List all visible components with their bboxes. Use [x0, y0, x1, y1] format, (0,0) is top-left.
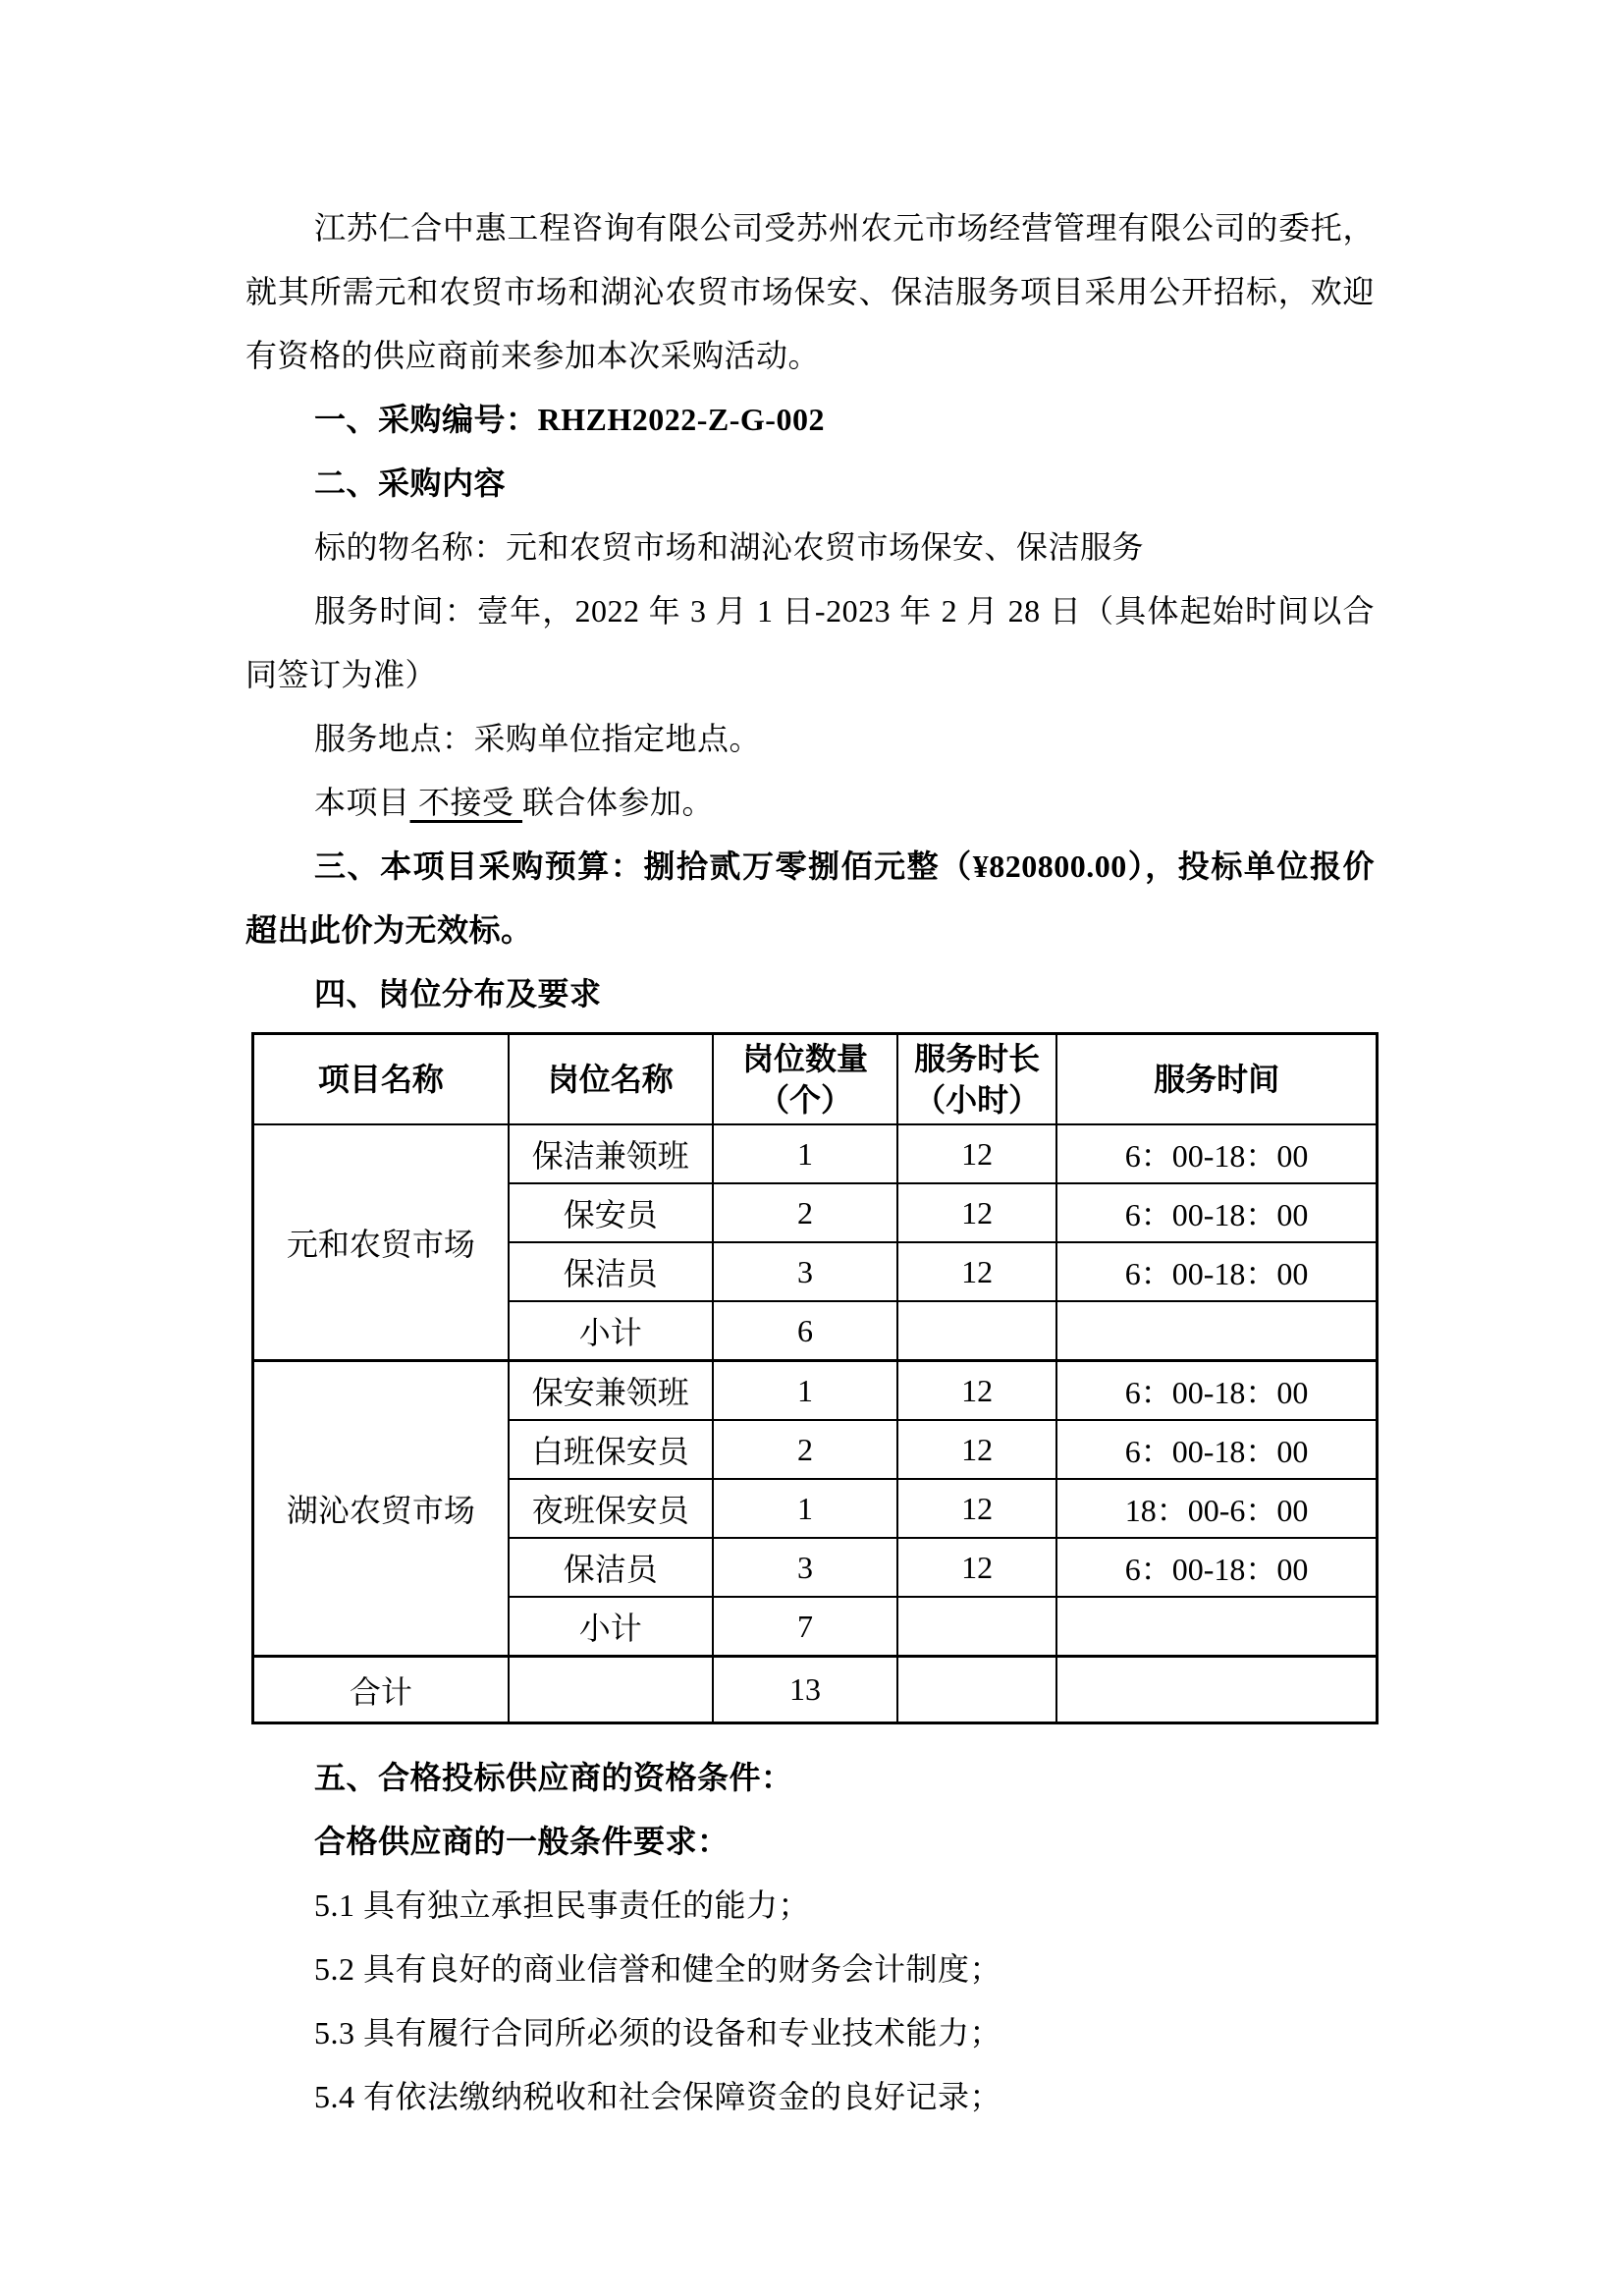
joint-venture-line: 本项目 不接受 联合体参加。: [245, 771, 1375, 835]
table-row: 湖沁农贸市场 保安兼领班 1 12 6：00-18：00: [253, 1361, 1378, 1421]
post-cell: 夜班保安员: [509, 1479, 713, 1538]
hours-cell: [897, 1301, 1056, 1361]
count-cell: 2: [713, 1183, 897, 1242]
table-row: 元和农贸市场 保洁兼领班 1 12 6：00-18：00: [253, 1124, 1378, 1183]
hours-cell: 12: [897, 1183, 1056, 1242]
time-cell: 18：00-6：00: [1056, 1479, 1377, 1538]
time-cell: 6：00-18：00: [1056, 1124, 1377, 1183]
count-cell: 3: [713, 1538, 897, 1597]
hours-cell: [897, 1597, 1056, 1657]
intro-paragraph: 江苏仁合中惠工程咨询有限公司受苏州农元市场经营管理有限公司的委托，就其所需元和农…: [245, 196, 1375, 388]
hours-cell: 12: [897, 1242, 1056, 1301]
section-2-heading: 二、采购内容: [245, 452, 1375, 516]
joint-not-accepted-underlined: 不接受: [410, 785, 523, 820]
post-cell: 保安员: [509, 1183, 713, 1242]
table-total-row: 合计 13: [253, 1657, 1378, 1723]
header-project-name: 项目名称: [253, 1034, 509, 1125]
time-cell: 6：00-18：00: [1056, 1183, 1377, 1242]
project-cell-huqin: 湖沁农贸市场: [253, 1361, 509, 1657]
total-time-cell: [1056, 1657, 1377, 1723]
condition-item-5-4: 5.4 有依法缴纳税收和社会保障资金的良好记录；: [245, 2065, 1375, 2129]
count-cell: 6: [713, 1301, 897, 1361]
count-cell: 1: [713, 1361, 897, 1421]
post-distribution-table: 项目名称 岗位名称 岗位数量 （个） 服务时长 （小时） 服务时间 元和农贸市场…: [251, 1032, 1379, 1724]
post-cell-subtotal: 小计: [509, 1597, 713, 1657]
hours-cell: 12: [897, 1479, 1056, 1538]
service-time-line: 服务时间：壹年，2022 年 3 月 1 日-2023 年 2 月 28 日（具…: [245, 579, 1375, 707]
total-post-cell: [509, 1657, 713, 1723]
total-hours-cell: [897, 1657, 1056, 1723]
post-cell: 保洁员: [509, 1538, 713, 1597]
table-header-row: 项目名称 岗位名称 岗位数量 （个） 服务时长 （小时） 服务时间: [253, 1034, 1378, 1125]
time-cell: [1056, 1597, 1377, 1657]
header-post-count: 岗位数量 （个）: [713, 1034, 897, 1125]
hours-cell: 12: [897, 1420, 1056, 1479]
item-name-line: 标的物名称：元和农贸市场和湖沁农贸市场保安、保洁服务: [245, 516, 1375, 579]
time-cell: 6：00-18：00: [1056, 1242, 1377, 1301]
post-cell-subtotal: 小计: [509, 1301, 713, 1361]
general-conditions-heading: 合格供应商的一般条件要求：: [245, 1810, 1375, 1874]
post-cell: 保安兼领班: [509, 1361, 713, 1421]
total-label-cell: 合计: [253, 1657, 509, 1723]
hours-cell: 12: [897, 1538, 1056, 1597]
time-cell: 6：00-18：00: [1056, 1361, 1377, 1421]
header-post-name: 岗位名称: [509, 1034, 713, 1125]
time-cell: 6：00-18：00: [1056, 1538, 1377, 1597]
document-page: 江苏仁合中惠工程咨询有限公司受苏州农元市场经营管理有限公司的委托，就其所需元和农…: [0, 0, 1623, 2296]
time-cell: 6：00-18：00: [1056, 1420, 1377, 1479]
total-count-cell: 13: [713, 1657, 897, 1723]
condition-item-5-3: 5.3 具有履行合同所必须的设备和专业技术能力；: [245, 2001, 1375, 2065]
section-3-heading: 三、本项目采购预算：捌拾贰万零捌佰元整（¥820800.00），投标单位报价超出…: [245, 835, 1375, 962]
hours-cell: 12: [897, 1124, 1056, 1183]
service-place-line: 服务地点：采购单位指定地点。: [245, 707, 1375, 771]
project-cell-yuanhe: 元和农贸市场: [253, 1124, 509, 1361]
joint-suffix: 联合体参加。: [522, 785, 714, 820]
section-5-heading: 五、合格投标供应商的资格条件：: [245, 1746, 1375, 1810]
condition-item-5-1: 5.1 具有独立承担民事责任的能力；: [245, 1874, 1375, 1938]
hours-cell: 12: [897, 1361, 1056, 1421]
post-cell: 白班保安员: [509, 1420, 713, 1479]
count-cell: 3: [713, 1242, 897, 1301]
count-cell: 1: [713, 1479, 897, 1538]
post-cell: 保洁员: [509, 1242, 713, 1301]
count-cell: 7: [713, 1597, 897, 1657]
count-cell: 2: [713, 1420, 897, 1479]
count-cell: 1: [713, 1124, 897, 1183]
section-4-heading: 四、岗位分布及要求: [245, 962, 1375, 1026]
header-service-hours: 服务时长 （小时）: [897, 1034, 1056, 1125]
section-1-heading: 一、采购编号：RHZH2022-Z-G-002: [245, 388, 1375, 452]
header-service-time: 服务时间: [1056, 1034, 1377, 1125]
condition-item-5-2: 5.2 具有良好的商业信誉和健全的财务会计制度；: [245, 1938, 1375, 2001]
post-cell: 保洁兼领班: [509, 1124, 713, 1183]
joint-prefix: 本项目: [314, 785, 410, 820]
time-cell: [1056, 1301, 1377, 1361]
